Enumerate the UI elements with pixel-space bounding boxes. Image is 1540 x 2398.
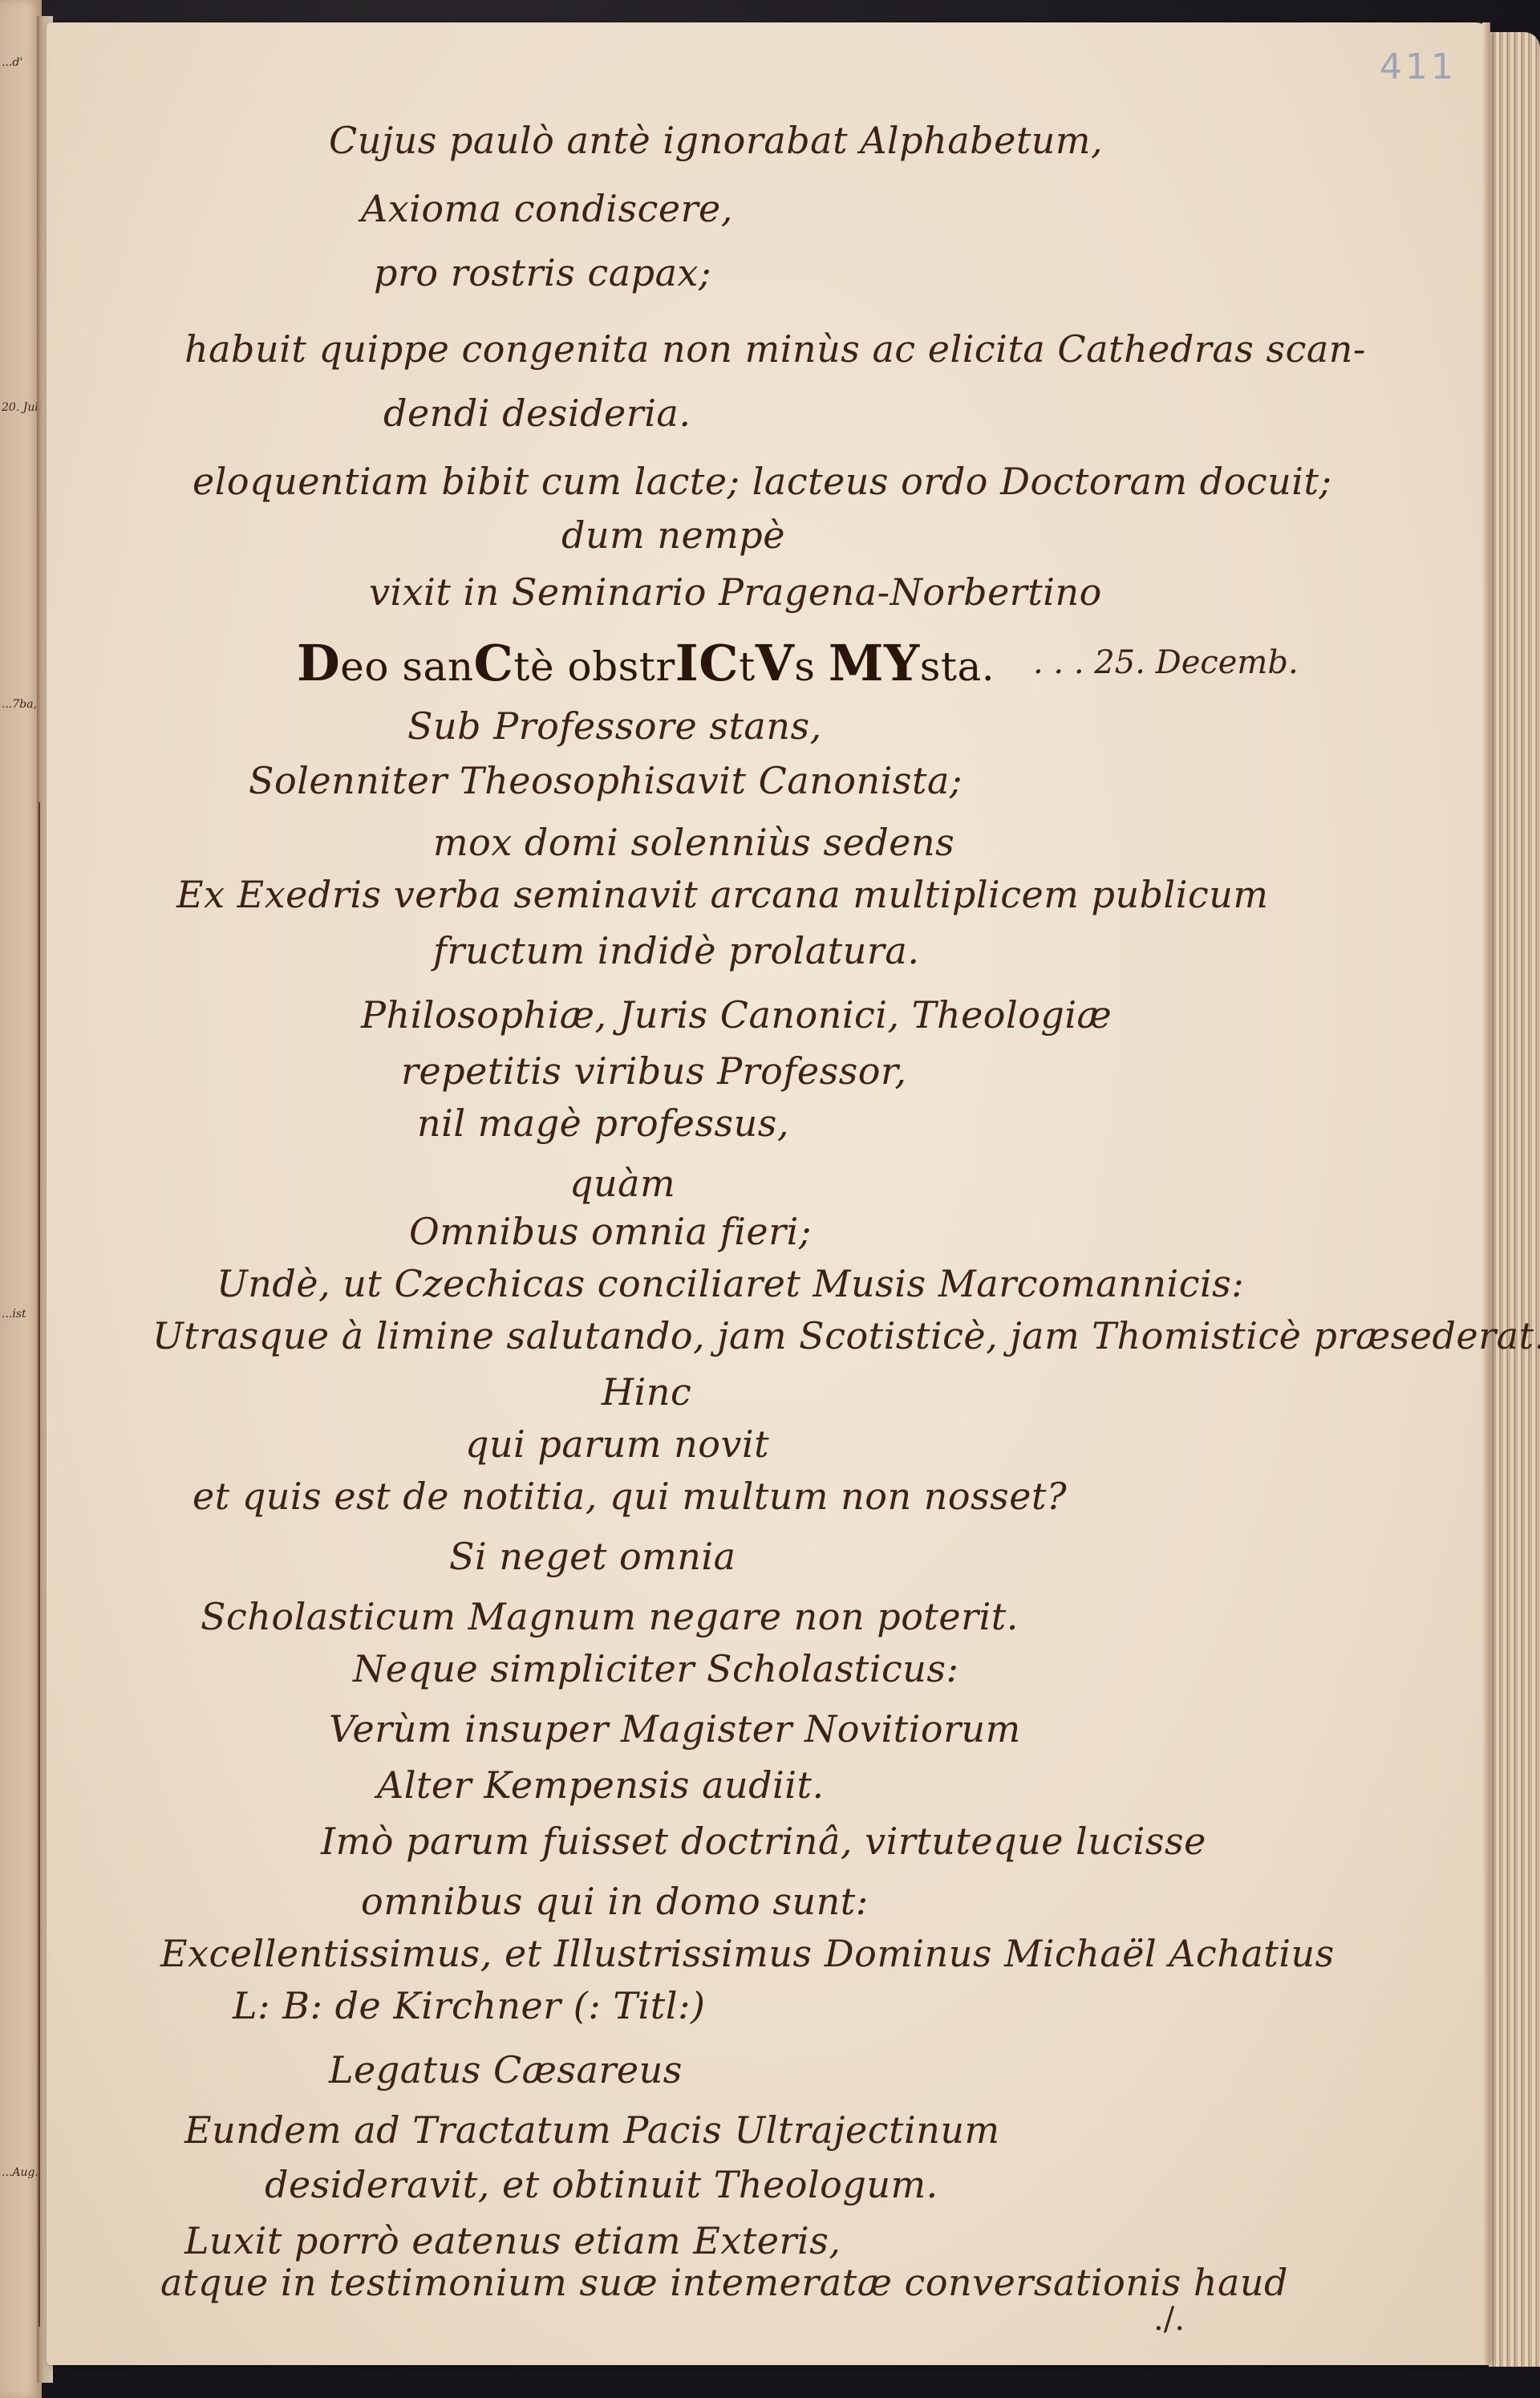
end-mark: ./. bbox=[1153, 2301, 1185, 2338]
text-line: dendi desideria. bbox=[383, 392, 691, 435]
text-line: Excellentissimus, et Illustrissimus Domi… bbox=[160, 1932, 1335, 1975]
text-line: et quis est de notitia, qui multum non n… bbox=[192, 1475, 1067, 1518]
text-line: Omnibus omnia fieri; bbox=[409, 1210, 812, 1253]
text-line: Legatus Cæsareus bbox=[329, 2048, 683, 2092]
chronogram-part: D bbox=[297, 634, 340, 692]
manuscript-text: Cujus paulò antè ignorabat Alphabetum, A… bbox=[47, 22, 1490, 2365]
text-line: repetitis viribus Professor, bbox=[401, 1049, 907, 1093]
chronogram-part: sta. bbox=[920, 643, 995, 690]
text-line: qui parum novit bbox=[465, 1422, 769, 1466]
text-line: vixit in Seminario Pragena-Norbertino bbox=[369, 570, 1102, 614]
text-line: Utrasque à limine salutando, jam Scotist… bbox=[152, 1314, 1540, 1357]
text-line: Neque simpliciter Scholasticus: bbox=[353, 1647, 959, 1690]
text-line: Ex Exedris verba seminavit arcana multip… bbox=[176, 873, 1268, 916]
chronogram-part: MY bbox=[829, 634, 920, 692]
text-line: pro rostris capax; bbox=[374, 251, 711, 294]
text-line: L: B: de Kirchner (: Titl:) bbox=[233, 1984, 705, 2027]
text-line: Imò parum fuisset doctrinâ, virtuteque l… bbox=[321, 1820, 1206, 1863]
gutter-crease bbox=[38, 802, 40, 2327]
page-stack-edges bbox=[1489, 32, 1540, 2367]
chronogram-part: tè obstr bbox=[513, 643, 675, 690]
text-line: Sub Professore stans, bbox=[407, 704, 822, 748]
text-line: Cujus paulò antè ignorabat Alphabetum, bbox=[329, 119, 1103, 162]
text-line: Si neget omnia bbox=[449, 1535, 736, 1578]
text-line: Luxit porrò eatenus etiam Exteris, bbox=[184, 2219, 841, 2262]
text-line: Solenniter Theosophisavit Canonista; bbox=[249, 759, 962, 802]
text-line: Alter Kempensis audiit. bbox=[377, 1763, 825, 1807]
chronogram-line: Deo sanCtè obstrICtVs MYsta. bbox=[297, 634, 995, 692]
chronogram-part: s bbox=[794, 643, 829, 690]
text-line: Undè, ut Czechicas conciliaret Musis Mar… bbox=[217, 1262, 1244, 1305]
text-line: quàm bbox=[569, 1162, 675, 1205]
text-line: dum nempè bbox=[561, 513, 785, 557]
text-line: nil magè professus, bbox=[417, 1102, 789, 1145]
text-line: desideravit, et obtinuit Theologum. bbox=[265, 2163, 938, 2206]
date-note: . . . 25. Decemb. bbox=[1033, 644, 1299, 681]
text-line: Eundem ad Tractatum Pacis Ultrajectinum bbox=[184, 2108, 1000, 2152]
chronogram-part: IC bbox=[675, 634, 739, 692]
chronogram-part: t bbox=[739, 643, 756, 690]
manuscript-page: 411 Cujus paulò antè ignorabat Alphabetu… bbox=[47, 22, 1490, 2365]
text-line: Philosophiæ, Juris Canonici, Theologiæ bbox=[361, 993, 1112, 1037]
text-line: atque in testimonium suæ intemeratæ conv… bbox=[160, 2261, 1288, 2304]
chronogram-part: V bbox=[756, 634, 795, 692]
text-line: mox domi solenniùs sedens bbox=[433, 821, 954, 864]
text-line: habuit quippe congenita non minùs ac eli… bbox=[184, 327, 1366, 371]
chronogram-part: eo san bbox=[340, 643, 473, 690]
margin-note: ...ist bbox=[2, 1308, 26, 1321]
chronogram-part: C bbox=[474, 634, 514, 692]
text-line: fructum indidè prolatura. bbox=[433, 929, 919, 972]
margin-note: ...7ba, bbox=[2, 698, 37, 711]
text-line: Scholasticum Magnum negare non poterit. bbox=[201, 1595, 1019, 1638]
text-line: Verùm insuper Magister Novitiorum bbox=[329, 1707, 1021, 1751]
facing-page-edge: ...d' 20. Julij ...7ba, ...ist ...Aug. 9 bbox=[0, 0, 42, 2398]
text-line: eloquentiam bibit cum lacte; lacteus ord… bbox=[192, 460, 1332, 503]
text-line: omnibus qui in domo sunt: bbox=[361, 1880, 869, 1923]
text-line: Axioma condiscere, bbox=[361, 187, 733, 230]
margin-note: ...d' bbox=[2, 56, 22, 69]
text-line: Hinc bbox=[602, 1370, 691, 1414]
